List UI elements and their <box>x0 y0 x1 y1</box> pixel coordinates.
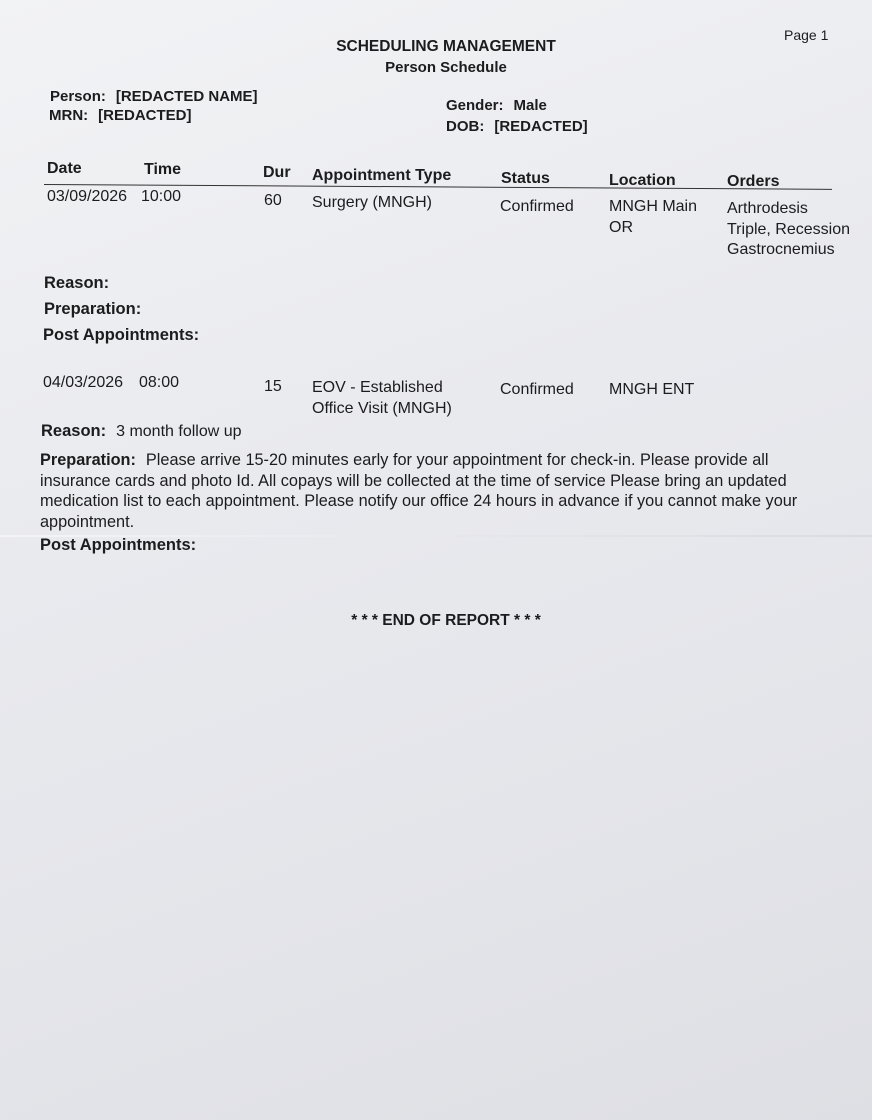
person-field: Person:[REDACTED NAME] <box>50 88 258 105</box>
row1-reason-label: Reason: <box>44 274 109 293</box>
row2-post-appointments-label: Post Appointments: <box>40 536 196 555</box>
row1-location: MNGH Main OR <box>609 197 714 238</box>
row2-reason: Reason:3 month follow up <box>41 421 242 443</box>
row2-preparation: Preparation:Please arrive 15-20 minutes … <box>40 450 840 532</box>
person-value: [REDACTED NAME] <box>116 88 258 105</box>
row1-type: Surgery (MNGH) <box>312 193 432 214</box>
col-header-date: Date <box>47 160 82 178</box>
row1-status: Confirmed <box>500 197 574 218</box>
person-label: Person: <box>50 88 106 105</box>
gender-value: Male <box>514 97 547 114</box>
row2-date: 04/03/2026 <box>43 373 123 394</box>
col-header-dur: Dur <box>263 164 291 182</box>
row2-dur: 15 <box>264 377 282 398</box>
col-header-time: Time <box>144 161 181 179</box>
gender-field: Gender:Male <box>446 97 547 114</box>
end-of-report: * * * END OF REPORT * * * <box>0 612 872 630</box>
row2-status: Confirmed <box>500 380 574 401</box>
row2-type: EOV - Established Office Visit (MNGH) <box>312 378 482 419</box>
row1-date: 03/09/2026 <box>47 187 127 208</box>
gender-label: Gender: <box>446 97 504 114</box>
report-title: SCHEDULING MANAGEMENT <box>0 38 872 56</box>
row2-preparation-label: Preparation: <box>40 451 136 469</box>
mrn-field: MRN:[REDACTED] <box>49 107 191 124</box>
row1-orders: Arthrodesis Triple, Recession Gastrocnem… <box>727 199 852 261</box>
col-header-status: Status <box>501 170 550 188</box>
mrn-value: [REDACTED] <box>98 107 191 124</box>
row2-reason-value: 3 month follow up <box>116 423 241 440</box>
dob-field: DOB:[REDACTED] <box>446 118 588 135</box>
mrn-label: MRN: <box>49 107 88 124</box>
dob-value: [REDACTED] <box>494 118 587 135</box>
row1-post-appointments-label: Post Appointments: <box>43 326 199 345</box>
row2-reason-label: Reason: <box>41 422 106 440</box>
row2-preparation-value: Please arrive 15-20 minutes early for yo… <box>40 451 797 531</box>
row1-dur: 60 <box>264 191 282 212</box>
dob-label: DOB: <box>446 118 484 135</box>
col-header-appointment-type: Appointment Type <box>312 167 451 185</box>
row1-time: 10:00 <box>141 187 181 208</box>
row2-location: MNGH ENT <box>609 380 694 401</box>
report-subtitle: Person Schedule <box>0 59 872 76</box>
row1-preparation-label: Preparation: <box>44 300 141 319</box>
row2-time: 08:00 <box>139 373 179 394</box>
